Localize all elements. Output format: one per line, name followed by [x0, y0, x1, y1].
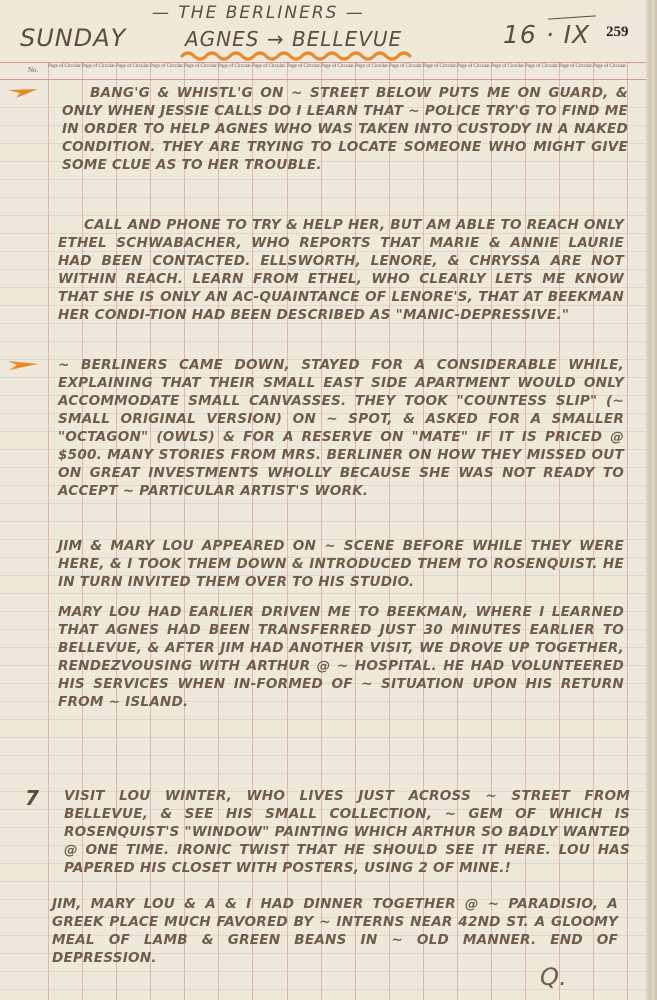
column-header: Page of Circular. — [150, 64, 184, 82]
journal-entry: BANG'G & WHISTL'G ON ~ STREET BELOW PUTS… — [62, 84, 628, 174]
column-header: Page of Circular. — [491, 64, 525, 82]
column-header: Page of Circular. — [525, 64, 559, 82]
column-header: Page of Circular. — [355, 64, 389, 82]
page-title-top: — THE BERLINERS — — [152, 3, 365, 23]
column-header: Page of Circular. — [184, 64, 218, 82]
column-header: Page of Circular. — [48, 64, 82, 82]
ledger-page: No. Page of Circular. Page of Circular. … — [0, 0, 646, 1000]
entry-date: 16 · IX — [503, 20, 590, 49]
column-header-number: No. — [28, 66, 38, 74]
journal-entry: ~ BERLINERS CAME DOWN, STAYED FOR A CONS… — [58, 356, 624, 500]
journal-entry: CALL AND PHONE TO TRY & HELP HER, BUT AM… — [58, 216, 624, 324]
orange-underline-squiggle — [180, 50, 420, 62]
journal-entry: MARY LOU HAD EARLIER DRIVEN ME TO BEEKMA… — [58, 603, 624, 711]
page-title-main: AGNES → BELLEVUE — [185, 27, 402, 51]
column-header: Page of Circular. — [593, 64, 627, 82]
journal-entry: JIM & MARY LOU APPEARED ON ~ SCENE BEFOR… — [58, 537, 624, 591]
header-rule-top — [0, 62, 646, 63]
page-number: 259 — [606, 24, 629, 41]
day-label: SUNDAY — [20, 24, 126, 52]
column-header: Page of Circular. — [389, 64, 423, 82]
signature: Q. — [540, 963, 567, 991]
column-header: Page of Circular. — [321, 64, 355, 82]
column-header: Page of Circular. — [116, 64, 150, 82]
column-header: Page of Circular. — [559, 64, 593, 82]
column-header: Page of Circular. — [423, 64, 457, 82]
journal-entry: VISIT LOU WINTER, WHO LIVES JUST ACROSS … — [64, 787, 630, 877]
column-header: Page of Circular. — [82, 64, 116, 82]
page-edge — [646, 0, 657, 1000]
orange-arrow-icon — [6, 87, 40, 99]
column-header: Page of Circular. — [287, 64, 321, 82]
column-header: Page of Circular. — [252, 64, 286, 82]
margin-marker-seven: 7 — [25, 786, 39, 810]
journal-entry: JIM, MARY LOU & A & I HAD DINNER TOGETHE… — [52, 895, 618, 967]
orange-arrow-icon — [6, 359, 40, 371]
column-header: Page of Circular. — [457, 64, 491, 82]
column-header: Page of Circular. — [218, 64, 252, 82]
